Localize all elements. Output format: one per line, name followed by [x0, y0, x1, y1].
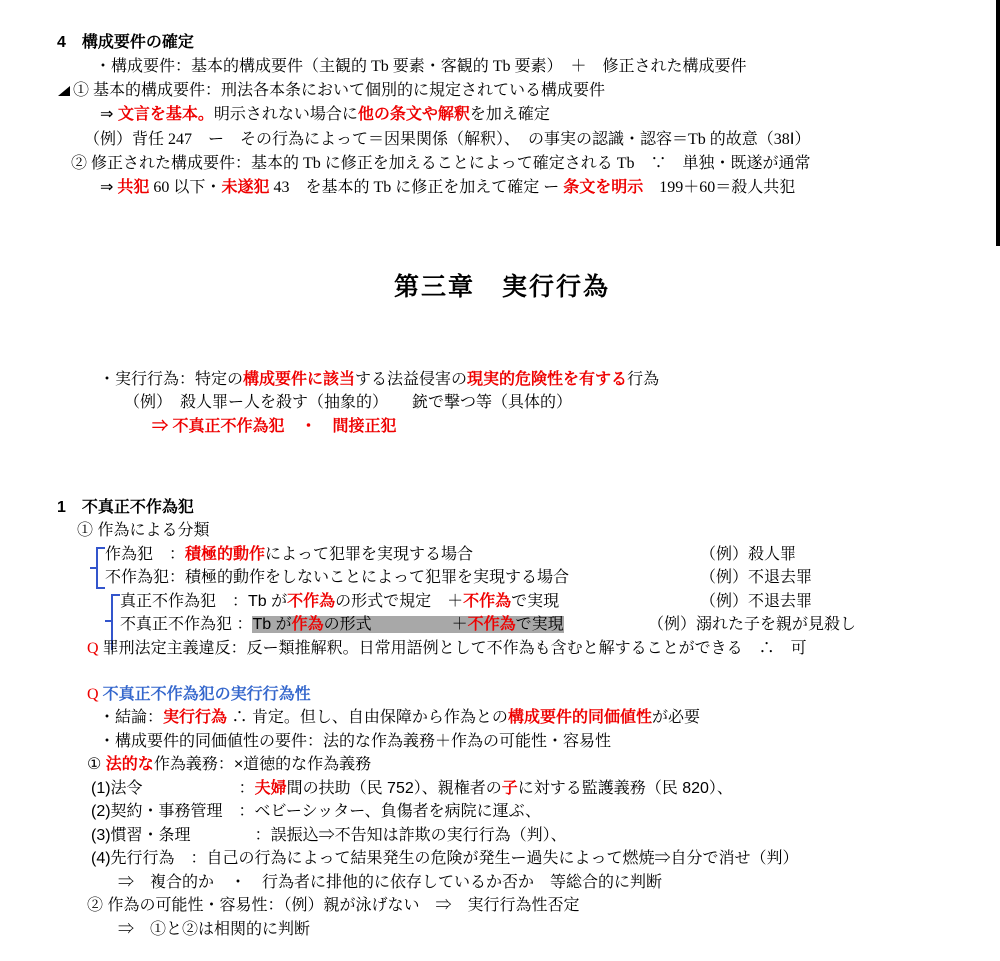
brace-middle-tick: [90, 567, 98, 569]
text-segment: に対する監護義務（民 820）、: [518, 780, 733, 797]
text-run: ② 修正された構成要件：基本的 Tb に修正を加えることによって確定される Tb…: [71, 153, 811, 174]
text-run: ・構成要件：基本的構成要件（主観的 Tb 要素・客観的 Tb 要素） ＋ 修正さ…: [95, 56, 747, 77]
text-segment: 不作為犯：積極的動作をしないことによって犯罪を実現する場合: [105, 569, 569, 586]
text-segment: 真正不作為犯 ：Tb が: [120, 593, 287, 610]
text-run: (4)先行行為 ：自己の行為によって結果発生の危険が発生ー過失によって燃焼⇒自分…: [91, 848, 799, 869]
text-run: ⇒ 不真正不作為犯 ・ 間接正犯: [152, 416, 396, 437]
text-segment: ・構成要件的同価値性の要件：法的な作為義務＋作為の可能性・容易性: [99, 733, 611, 750]
text-segment: 構成要件に該当: [243, 371, 355, 388]
text-segment: ・結論：: [99, 709, 163, 726]
text-segment: 199＋60＝殺人共犯: [643, 179, 795, 196]
text-segment: 不作為: [287, 593, 335, 610]
text-segment: ② 作為の可能性・容易性：（例）親が泳げない ⇒ 実行行為性否定: [87, 897, 579, 914]
text-run: (1)法令 ：夫婦間の扶助（民 752）、親権者の子に対する監護義務（民 820…: [91, 778, 733, 799]
text-segment: ② 修正された構成要件：基本的 Tb に修正を加えることによって確定される Tb…: [71, 155, 811, 172]
text-segment: 不真正不作為犯の実行行為性: [103, 686, 311, 703]
text-segment: 作為犯 ：: [105, 546, 185, 563]
brace-bottom-stub: [98, 587, 105, 589]
text-run: ⇒ 複合的か ・ 行為者に排他的に依存しているか否か 等総合的に判断: [118, 872, 662, 893]
text-segment: で実現: [511, 593, 559, 610]
text-segment: 行為: [627, 371, 659, 388]
text-segment: （例）不退去罪: [700, 569, 812, 586]
text-segment: Q: [87, 686, 103, 703]
text-segment: ⇒: [100, 106, 118, 123]
text-run: ① 基本的構成要件：刑法各本条において個別的に規定されている構成要件: [58, 80, 605, 101]
text-segment: 夫婦: [255, 780, 287, 797]
text-segment: (1)法令: [91, 780, 143, 797]
text-segment: 1 不真正不作為犯: [57, 499, 194, 516]
text-segment: (3)慣習・条理: [91, 827, 191, 844]
text-segment: 不作為: [468, 616, 516, 633]
text-run: 不真正不作為犯 ：Tb が作為の形式 ＋不作為で実現: [120, 614, 564, 635]
brace-top-stub: [98, 547, 105, 549]
text-segment: の形式: [324, 616, 372, 633]
text-segment: ・実行行為：特定の: [99, 371, 243, 388]
text-segment: を加え確定: [470, 106, 550, 123]
text-segment: ⇒ ①と②は相関的に判断: [118, 921, 310, 938]
text-segment: (2)契約・事務管理 ：ベビーシッター、負傷者を病院に運ぶ、: [91, 803, 541, 820]
text-run: （例） 殺人罪ー人を殺す（抽象的） 銃で撃つ等（具体的）: [124, 392, 572, 413]
text-segment: 不真正不作為犯 ：: [120, 616, 252, 633]
text-run: （例）溺れた子を親が見殺し: [648, 614, 856, 635]
text-run: Q 罪刑法定主義違反：反ー類推解釈。日常用語例として不作為も含むと解することがで…: [87, 638, 807, 659]
text-segment: 実行行為: [163, 709, 227, 726]
brace-middle-tick: [105, 620, 113, 622]
text-run: 4 構成要件の確定: [57, 32, 194, 53]
text-segment: （例）背任 247 ー その行為によって＝因果関係（解釈）、 の事実の認識・認容…: [84, 131, 811, 148]
text-run: （例）不退去罪: [700, 567, 812, 588]
text-segment: 間の扶助（民 752）、親権者の: [287, 780, 502, 797]
text-segment: によって犯罪を実現する場合: [265, 546, 473, 563]
text-segment: (4)先行行為 ：自己の行為によって結果発生の危険が発生ー過失によって燃焼⇒自分…: [91, 850, 799, 867]
text-segment: 4 構成要件の確定: [57, 34, 194, 51]
text-segment: ① 基本的構成要件：刑法各本条において個別的に規定されている構成要件: [73, 82, 605, 99]
text-segment: 作為: [292, 616, 324, 633]
text-segment: 43 を基本的 Tb に修正を加えて確定 ー: [269, 179, 563, 196]
text-segment: 第三章 実行行為: [394, 273, 610, 301]
text-segment: ⇒: [152, 418, 172, 435]
text-segment: 子: [502, 780, 518, 797]
text-run: ⇒ 文言を基本。明示されない場合に他の条文や解釈を加え確定: [100, 104, 550, 125]
brace-top-stub: [113, 594, 120, 596]
text-run: ⇒ 共犯 60 以下・未遂犯 43 を基本的 Tb に修正を加えて確定 ー 条文…: [100, 177, 795, 198]
text-segment: （例）溺れた子を親が見殺し: [648, 616, 856, 633]
text-segment: ⇒ 複合的か ・ 行為者に排他的に依存しているか否か 等総合的に判断: [118, 874, 662, 891]
text-run: (2)契約・事務管理 ：ベビーシッター、負傷者を病院に運ぶ、: [91, 801, 541, 822]
text-segment: の形式で規定 ＋: [335, 593, 463, 610]
text-run: （例）不退去罪: [700, 591, 812, 612]
text-run: ⇒ ①と②は相関的に判断: [118, 919, 310, 940]
text-segment: ⇒: [100, 179, 117, 196]
text-run: ① 法的な作為義務：×道徳的な作為義務: [87, 754, 371, 775]
text-segment: ：: [143, 780, 255, 797]
text-run: 作為犯 ：積極的動作によって犯罪を実現する場合: [105, 544, 473, 565]
text-segment: （例） 殺人罪ー人を殺す（抽象的） 銃で撃つ等（具体的）: [124, 394, 572, 411]
text-segment: Q: [87, 640, 103, 657]
text-segment: ∴ 肯定。但し、自由保障から作為との: [227, 709, 508, 726]
text-segment: ＋: [372, 616, 468, 633]
text-segment: （例）不退去罪: [700, 593, 812, 610]
text-segment: ・構成要件：基本的構成要件（主観的 Tb 要素・客観的 Tb 要素） ＋ 修正さ…: [95, 58, 747, 75]
text-segment: 不作為: [463, 593, 511, 610]
text-segment: で実現: [516, 616, 564, 633]
text-segment: 現実的危険性を有する: [467, 371, 627, 388]
text-segment: 他の条文や解釈: [358, 106, 470, 123]
text-segment: 作為義務：×道徳的な作為義務: [154, 756, 371, 773]
text-segment: 不真正不作為犯 ・ 間接正犯: [172, 418, 396, 435]
text-segment: ①: [87, 756, 106, 773]
text-segment: 条文を明示: [563, 179, 643, 196]
text-run: （例）背任 247 ー その行為によって＝因果関係（解釈）、 の事実の認識・認容…: [84, 129, 811, 150]
text-run: (3)慣習・条理 ：誤振込⇒不告知は詐欺の実行行為（判）、: [91, 825, 567, 846]
text-run: 第三章 実行行為: [394, 272, 610, 302]
text-segment: ：: [191, 827, 271, 844]
text-run: ・実行行為：特定の構成要件に該当する法益侵害の現実的危険性を有する行為: [99, 369, 659, 390]
text-run: ・構成要件的同価値性の要件：法的な作為義務＋作為の可能性・容易性: [99, 731, 611, 752]
text-segment: 積極的動作: [185, 546, 265, 563]
page-edge-bar: [996, 0, 1000, 246]
text-segment: 誤振込⇒不告知は詐欺の実行行為（判）、: [271, 827, 567, 844]
text-run: 1 不真正不作為犯: [57, 497, 194, 518]
text-run: 真正不作為犯 ：Tb が不作為の形式で規定 ＋不作為で実現: [120, 591, 559, 612]
text-segment: ① 作為による分類: [77, 522, 209, 539]
text-segment: 文言を基本。: [118, 106, 214, 123]
text-run: ・結論：実行行為 ∴ 肯定。但し、自由保障から作為との構成要件的同価値性が必要: [99, 707, 700, 728]
text-segment: が必要: [652, 709, 700, 726]
text-run: Q 不真正不作為犯の実行行為性: [87, 684, 311, 705]
document-page: 4 構成要件の確定・構成要件：基本的構成要件（主観的 Tb 要素・客観的 Tb …: [0, 0, 1000, 961]
text-segment: （例）殺人罪: [700, 546, 796, 563]
collapse-triangle-icon: [58, 86, 70, 96]
text-segment: 未遂犯: [221, 179, 269, 196]
text-run: ① 作為による分類: [77, 520, 209, 541]
text-segment: 罪刑法定主義違反：反ー類推解釈。日常用語例として不作為も含むと解することができる…: [103, 640, 807, 657]
text-segment: 構成要件的同価値性: [508, 709, 652, 726]
text-segment: する法益侵害の: [355, 371, 467, 388]
text-segment: 法的な: [106, 756, 154, 773]
text-segment: Tb が: [252, 616, 291, 633]
text-run: ② 作為の可能性・容易性：（例）親が泳げない ⇒ 実行行為性否定: [87, 895, 579, 916]
text-segment: 明示されない場合に: [214, 106, 358, 123]
text-run: 不作為犯：積極的動作をしないことによって犯罪を実現する場合: [105, 567, 569, 588]
text-segment: 60 以下・: [149, 179, 221, 196]
text-segment: 共犯: [117, 179, 149, 196]
text-run: （例）殺人罪: [700, 544, 796, 565]
